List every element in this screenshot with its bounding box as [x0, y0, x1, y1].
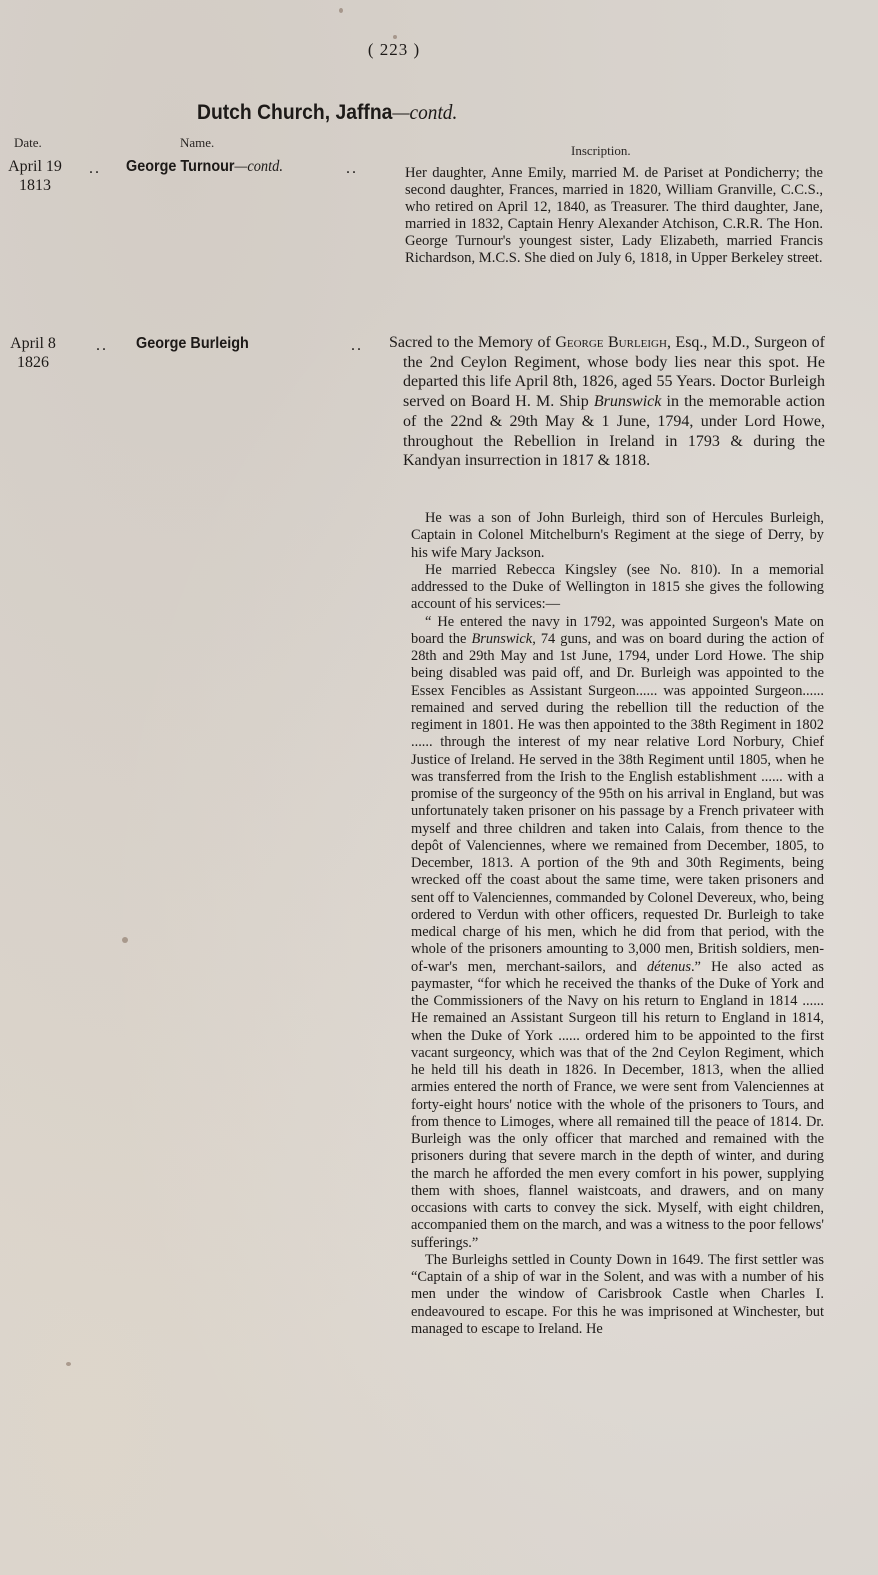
quoted-account: “ He entered the navy in 1792, was appoi…	[411, 614, 824, 1252]
detenus-word: détenus	[647, 959, 691, 975]
leader-dots: ..	[346, 160, 358, 178]
memorial-inscription: Sacred to the Memory of George Burleigh,…	[389, 333, 825, 471]
memorial-name: George Burleigh	[555, 334, 667, 351]
paper-spot	[66, 1362, 71, 1366]
paper-spot	[393, 35, 397, 39]
name-text: George Turnour	[126, 158, 235, 175]
page-number: ( 223 )	[0, 40, 878, 60]
date-day: April 19	[0, 157, 70, 176]
ship-name: Brunswick	[594, 393, 662, 410]
entry-name: George Turnour—contd.	[126, 158, 283, 176]
leader-dots: ..	[89, 160, 101, 178]
date-year: 1826	[0, 353, 66, 372]
entry-date: April 8 1826	[0, 334, 66, 372]
leader-dots: ..	[351, 337, 363, 355]
section-title-text: Dutch Church, Jaffna	[197, 101, 392, 124]
memorial-text: Sacred to the Memory of	[389, 334, 555, 351]
note-paragraph: The Burleighs settled in County Down in …	[411, 1252, 824, 1338]
inscription-text: Her daughter, Anne Emily, married M. de …	[405, 165, 823, 268]
inscription-paragraph: Her daughter, Anne Emily, married M. de …	[405, 165, 823, 268]
column-header-inscription: Inscription.	[571, 143, 631, 159]
entry-name: George Burleigh	[136, 335, 249, 353]
column-header-date: Date.	[14, 135, 42, 151]
biographical-notes: He was a son of John Burleigh, third son…	[411, 510, 824, 1338]
paper-spot	[122, 937, 128, 943]
ship-name: Brunswick	[471, 631, 532, 647]
paper-spot	[339, 8, 343, 13]
name-suffix: —contd.	[235, 158, 283, 175]
note-paragraph: He married Rebecca Kingsley (see No. 810…	[411, 562, 824, 614]
section-title-suffix: —contd.	[392, 100, 457, 124]
entry-date: April 19 1813	[0, 157, 70, 195]
date-year: 1813	[0, 176, 70, 195]
leader-dots: ..	[96, 337, 108, 355]
quote-text: , 74 guns, and was on board during the a…	[411, 631, 824, 975]
section-title: Dutch Church, Jaffna—contd.	[197, 100, 457, 125]
quote-text: .” He also acted as paymaster, “for whic…	[411, 959, 824, 1251]
note-paragraph: He was a son of John Burleigh, third son…	[411, 510, 824, 562]
date-day: April 8	[0, 334, 66, 353]
column-header-name: Name.	[180, 135, 214, 151]
